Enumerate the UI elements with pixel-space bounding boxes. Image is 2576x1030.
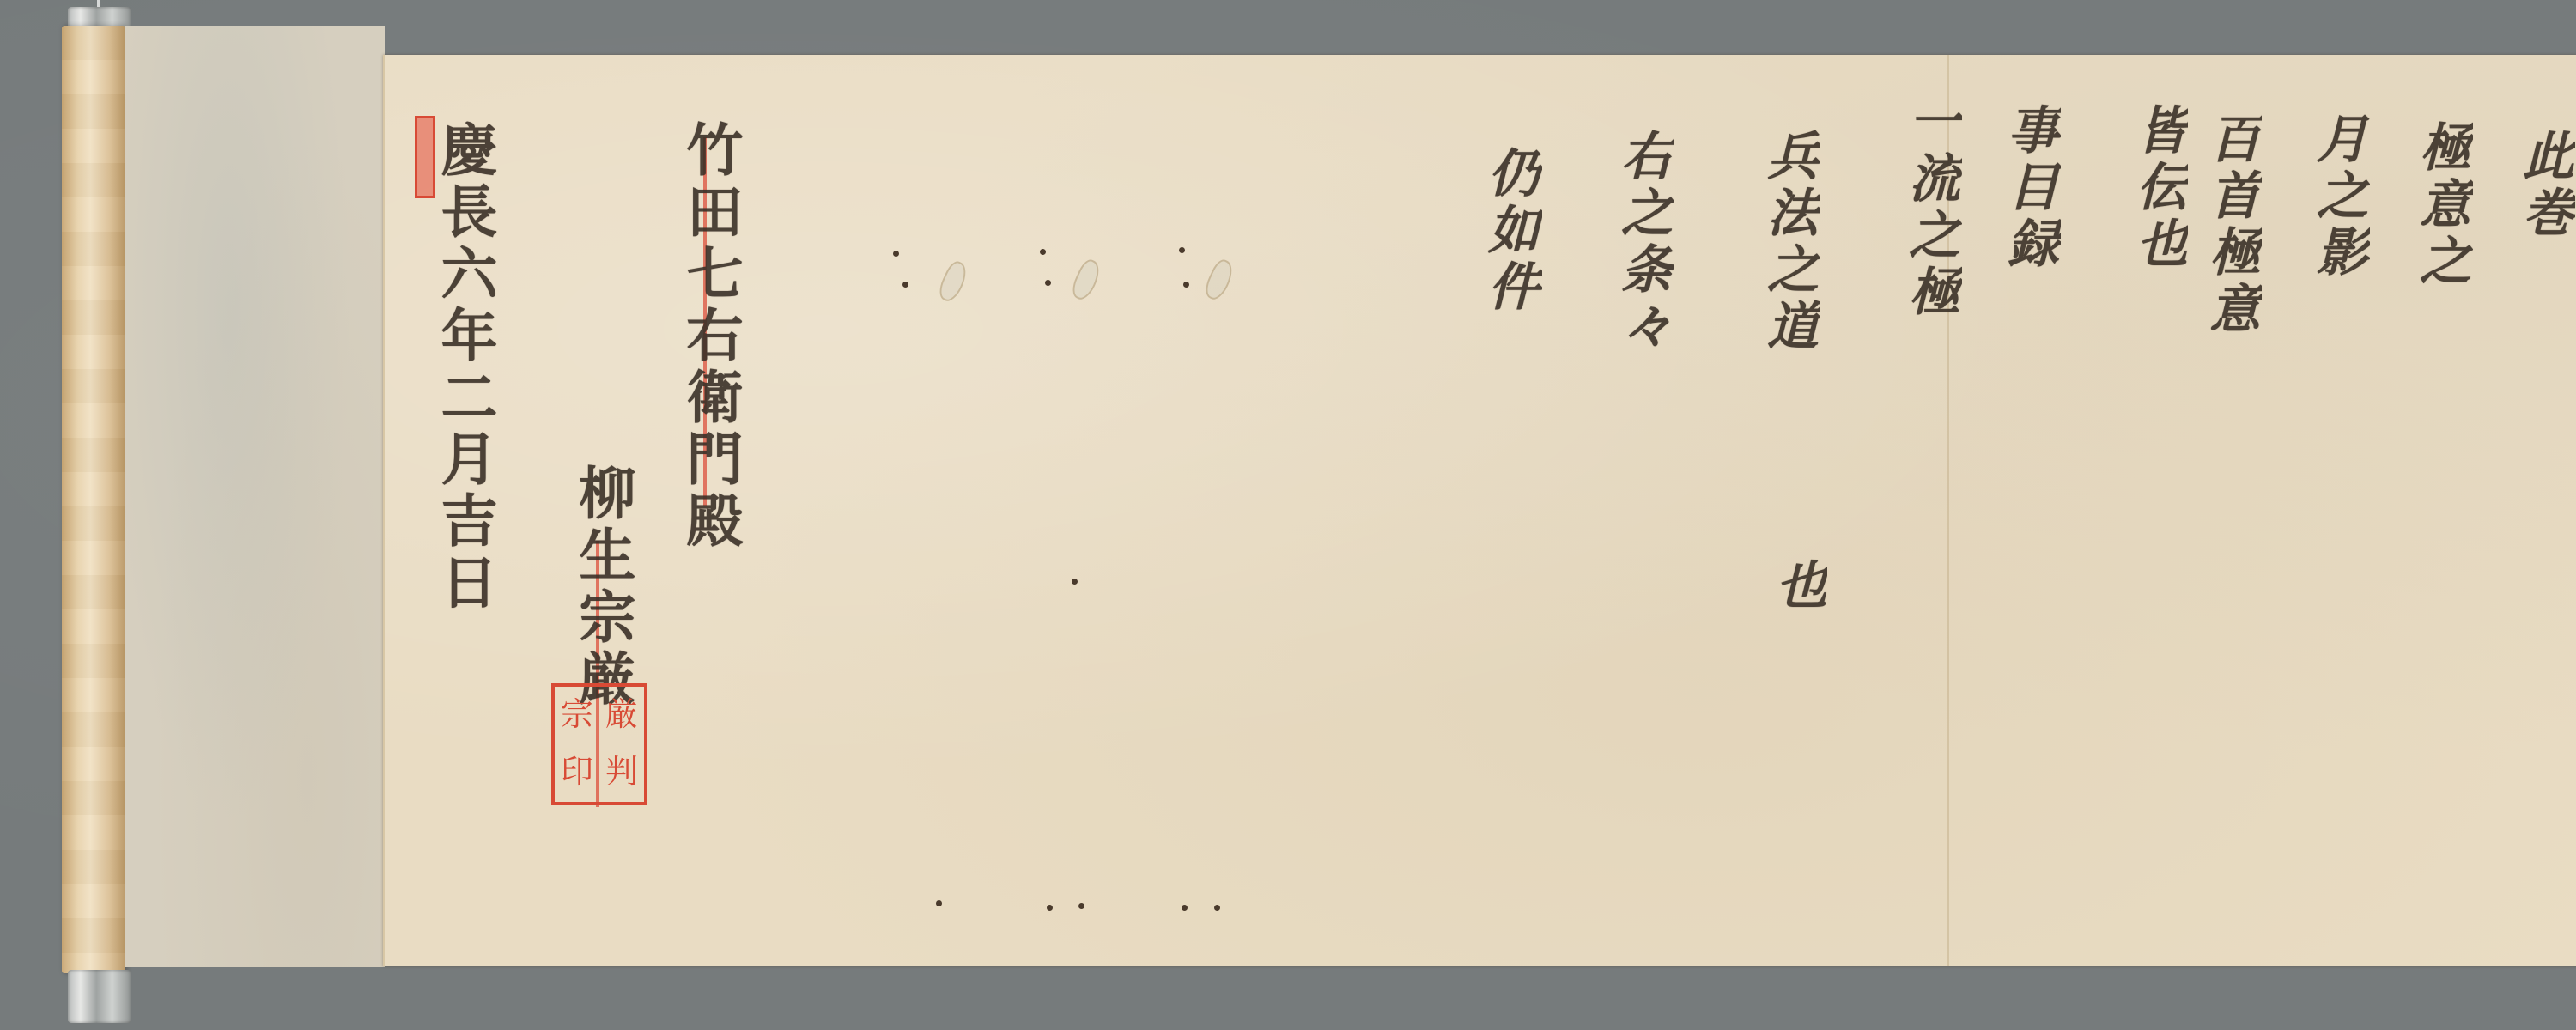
- date-line: 慶長六年二月吉日: [424, 120, 506, 772]
- roller-end-cap-bottom: [68, 970, 131, 1023]
- text-column: 百首極意: [2194, 112, 2268, 867]
- text-column: 也: [1760, 558, 1834, 730]
- mounting-end-sheet: [125, 26, 385, 967]
- addressee-line: 竹田七右衛門殿: [670, 120, 751, 601]
- text-column: 兵法之道: [1752, 129, 1826, 541]
- scroll-roller: [62, 26, 125, 973]
- seal-character: 宗: [555, 687, 599, 744]
- water-stain: [1201, 257, 1237, 303]
- text-column: 皆伝也: [2121, 103, 2195, 858]
- text-column: 仍如件: [1473, 146, 1546, 901]
- wormhole: [1072, 579, 1078, 585]
- wormhole: [1179, 247, 1185, 253]
- text-column: 一流之極: [1893, 94, 1967, 850]
- wormhole: [936, 900, 942, 906]
- wormhole: [1045, 280, 1051, 286]
- wormhole: [902, 282, 908, 288]
- wormhole: [1182, 905, 1188, 911]
- water-stain: [1068, 257, 1104, 303]
- water-stain: [935, 258, 971, 305]
- red-square-seal: 宗 厳 印 判: [551, 683, 647, 805]
- seal-character: 判: [599, 744, 644, 802]
- wormhole: [1040, 249, 1046, 255]
- wormhole: [1047, 905, 1053, 911]
- text-column: 此巻: [2507, 129, 2576, 884]
- wormhole: [1183, 282, 1189, 288]
- seal-character: 印: [555, 744, 599, 802]
- text-column: 極意之: [2404, 120, 2478, 875]
- text-column: 事目録: [1992, 103, 2066, 858]
- seal-character: 厳: [599, 687, 644, 744]
- wormhole: [1214, 905, 1220, 911]
- wormhole: [893, 251, 899, 257]
- text-column: 月之影: [2301, 112, 2375, 867]
- text-column: 右之条々: [1606, 129, 1680, 884]
- wormhole: [1078, 903, 1084, 909]
